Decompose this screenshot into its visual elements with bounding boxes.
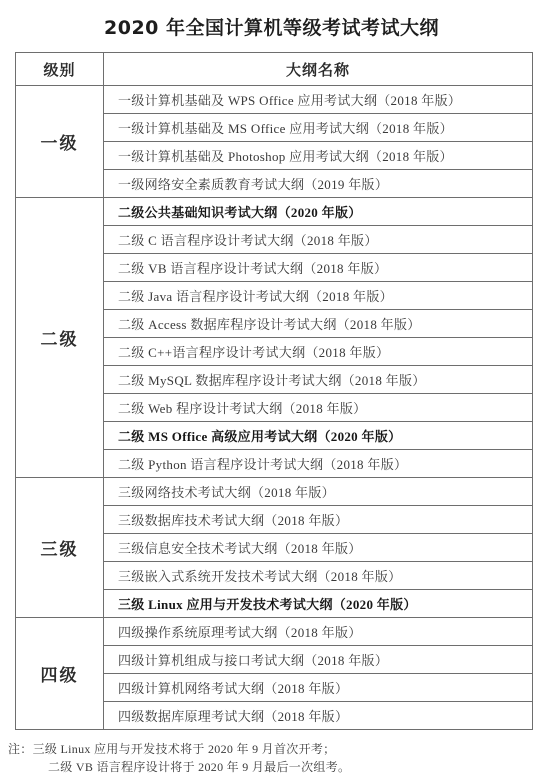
syllabus-name-cell: 二级 Python 语言程序设计考试大纲（2018 年版） xyxy=(104,450,533,478)
syllabus-name-cell: 二级 VB 语言程序设计考试大纲（2018 年版） xyxy=(104,254,533,282)
footnote-line: 注：三级 Linux 应用与开发技术将于 2020 年 9 月首次开考； xyxy=(8,740,350,758)
table-row: 三级三级网络技术考试大纲（2018 年版） xyxy=(16,478,533,506)
table-row: 一级一级计算机基础及 WPS Office 应用考试大纲（2018 年版） xyxy=(16,86,533,114)
column-header-name: 大纲名称 xyxy=(104,53,533,86)
level-cell-1: 一级 xyxy=(16,86,104,198)
syllabus-name-cell: 四级计算机组成与接口考试大纲（2018 年版） xyxy=(104,646,533,674)
syllabus-name-cell: 一级计算机基础及 MS Office 应用考试大纲（2018 年版） xyxy=(104,114,533,142)
footnote-line: 二级 VB 语言程序设计将于 2020 年 9 月最后一次组考。 xyxy=(8,758,350,775)
syllabus-name-cell: 三级数据库技术考试大纲（2018 年版） xyxy=(104,506,533,534)
syllabus-name-cell: 三级 Linux 应用与开发技术考试大纲（2020 年版） xyxy=(104,590,533,618)
syllabus-name-cell: 二级 C++语言程序设计考试大纲（2018 年版） xyxy=(104,338,533,366)
level-cell-2: 二级 xyxy=(16,198,104,478)
syllabus-name-cell: 三级嵌入式系统开发技术考试大纲（2018 年版） xyxy=(104,562,533,590)
syllabus-name-cell: 四级操作系统原理考试大纲（2018 年版） xyxy=(104,618,533,646)
table-row: 二级二级公共基础知识考试大纲（2020 年版） xyxy=(16,198,533,226)
syllabus-name-cell: 二级 MySQL 数据库程序设计考试大纲（2018 年版） xyxy=(104,366,533,394)
syllabus-name-cell: 二级 Java 语言程序设计考试大纲（2018 年版） xyxy=(104,282,533,310)
syllabus-name-cell: 二级 MS Office 高级应用考试大纲（2020 年版） xyxy=(104,422,533,450)
syllabus-name-cell: 一级网络安全素质教育考试大纲（2019 年版） xyxy=(104,170,533,198)
syllabus-name-cell: 一级计算机基础及 WPS Office 应用考试大纲（2018 年版） xyxy=(104,86,533,114)
level-cell-3: 三级 xyxy=(16,478,104,618)
level-cell-4: 四级 xyxy=(16,618,104,730)
syllabus-table-header: 级别 大纲名称 xyxy=(16,53,533,86)
document-page: 2020 年全国计算机等级考试考试大纲 级别 大纲名称 一级一级计算机基础及 W… xyxy=(0,0,543,775)
syllabus-name-cell: 三级网络技术考试大纲（2018 年版） xyxy=(104,478,533,506)
syllabus-name-cell: 二级 C 语言程序设计考试大纲（2018 年版） xyxy=(104,226,533,254)
syllabus-name-cell: 四级计算机网络考试大纲（2018 年版） xyxy=(104,674,533,702)
column-header-level: 级别 xyxy=(16,53,104,86)
page-title: 2020 年全国计算机等级考试考试大纲 xyxy=(0,0,543,40)
header-row: 级别 大纲名称 xyxy=(16,53,533,86)
syllabus-name-cell: 二级 Access 数据库程序设计考试大纲（2018 年版） xyxy=(104,310,533,338)
footnotes: 注：三级 Linux 应用与开发技术将于 2020 年 9 月首次开考； 二级 … xyxy=(8,740,350,775)
syllabus-name-cell: 二级 Web 程序设计考试大纲（2018 年版） xyxy=(104,394,533,422)
syllabus-name-cell: 二级公共基础知识考试大纲（2020 年版） xyxy=(104,198,533,226)
syllabus-table: 级别 大纲名称 一级一级计算机基础及 WPS Office 应用考试大纲（201… xyxy=(15,52,533,730)
syllabus-name-cell: 四级数据库原理考试大纲（2018 年版） xyxy=(104,702,533,730)
syllabus-name-cell: 一级计算机基础及 Photoshop 应用考试大纲（2018 年版） xyxy=(104,142,533,170)
syllabus-table-body: 一级一级计算机基础及 WPS Office 应用考试大纲（2018 年版）一级计… xyxy=(16,86,533,730)
table-row: 四级四级操作系统原理考试大纲（2018 年版） xyxy=(16,618,533,646)
syllabus-name-cell: 三级信息安全技术考试大纲（2018 年版） xyxy=(104,534,533,562)
